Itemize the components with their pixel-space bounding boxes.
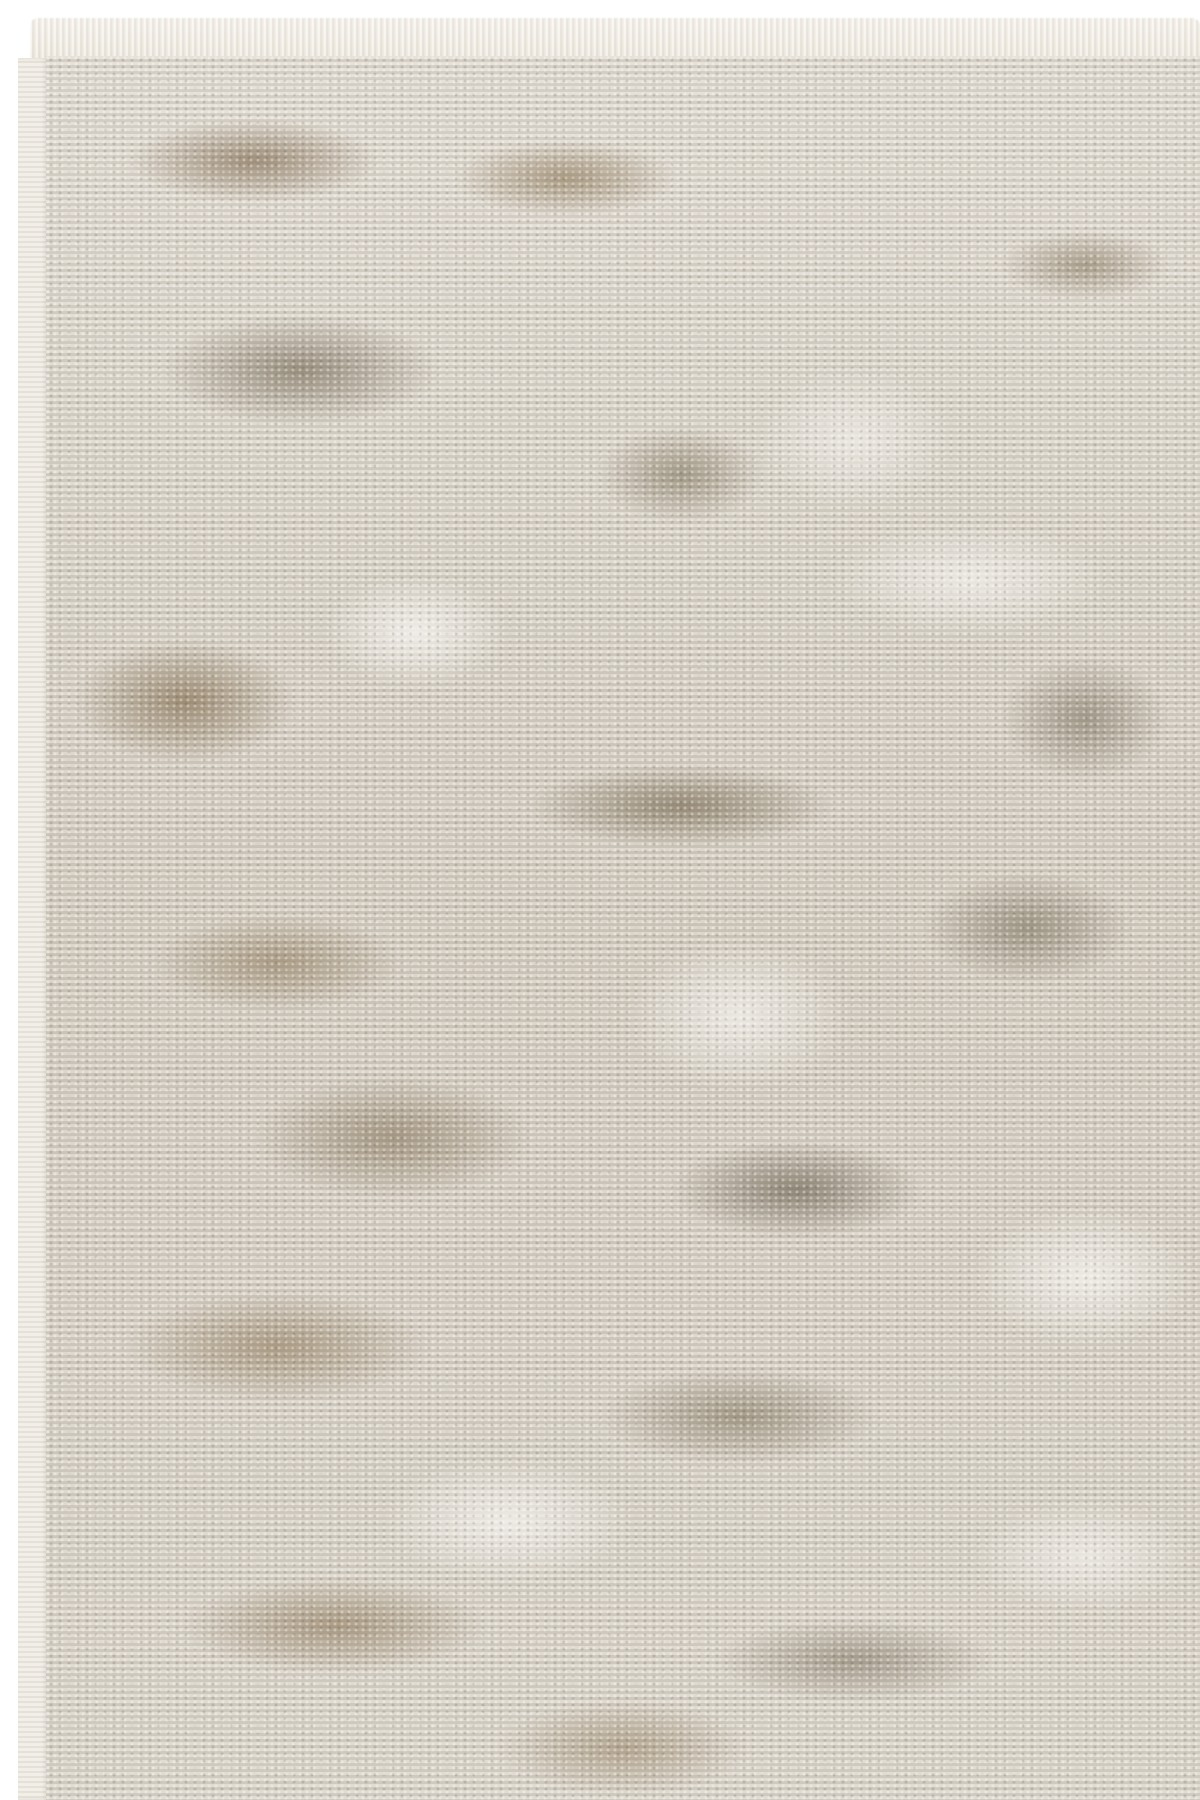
rug-texture-overlay — [46, 56, 1200, 1800]
rug-side-binding — [18, 58, 48, 1800]
